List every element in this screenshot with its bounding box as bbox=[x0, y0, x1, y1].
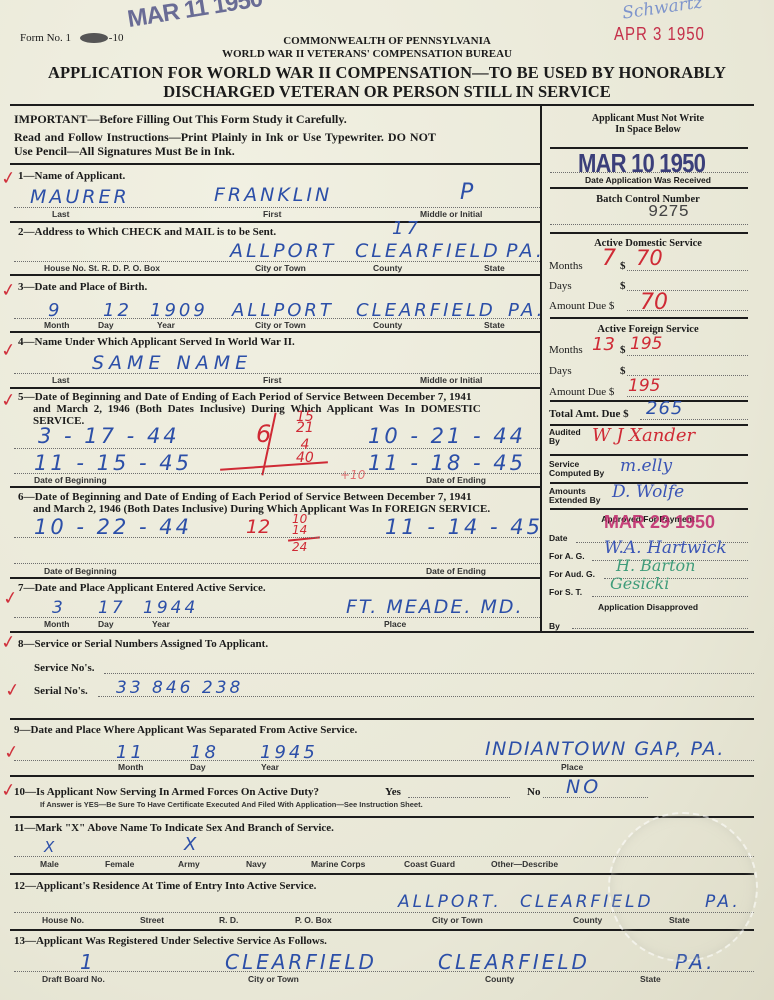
dollar-sign: $ bbox=[620, 260, 626, 272]
divider bbox=[10, 486, 540, 488]
sublabel-street: Street bbox=[140, 915, 164, 925]
st-label: For S. T. bbox=[549, 588, 582, 597]
section2-label: 2—Address to Which CHECK and MAIL is to … bbox=[18, 226, 276, 238]
sublabel-place: Place bbox=[384, 619, 406, 629]
domestic-months-amount[interactable]: 70 bbox=[636, 246, 663, 270]
field-line bbox=[14, 537, 540, 538]
divider bbox=[10, 331, 540, 333]
signature-top: Schwartz bbox=[621, 0, 704, 24]
sublabel-day: Day bbox=[98, 619, 114, 629]
section11-label: 11—Mark "X" Above Name To Indicate Sex A… bbox=[14, 822, 334, 834]
sublabel-middle: Middle or Initial bbox=[420, 209, 482, 219]
embossed-seal bbox=[608, 812, 758, 962]
form-title-line2: DISCHARGED VETERAN OR PERSON STILL IN SE… bbox=[0, 82, 774, 102]
option-coast-guard[interactable]: Coast Guard bbox=[404, 859, 455, 869]
domestic-end-1[interactable]: 10 - 21 - 44 bbox=[368, 424, 526, 448]
domestic-begin-2[interactable]: 11 - 15 - 45 bbox=[34, 451, 192, 475]
amounts-extended-signature: D. Wolfe bbox=[612, 482, 684, 502]
calc-underline bbox=[220, 461, 328, 471]
office-header: Applicant Must Not Write In Space Below bbox=[542, 113, 754, 135]
entry-day[interactable]: 17 bbox=[98, 598, 126, 618]
divider bbox=[10, 104, 754, 106]
sublabel-city: City or Town bbox=[432, 915, 483, 925]
yes-field[interactable] bbox=[408, 797, 510, 798]
field-line bbox=[98, 696, 754, 697]
option-male[interactable]: Male bbox=[40, 859, 59, 869]
section10-label: 10—Is Applicant Now Serving In Armed For… bbox=[14, 786, 319, 798]
sublabel-day: Day bbox=[98, 320, 114, 330]
section13-label: 13—Applicant Was Registered Under Select… bbox=[14, 935, 327, 947]
dollar-sign: $ bbox=[620, 280, 626, 292]
divider bbox=[10, 274, 540, 276]
domestic-begin-1[interactable]: 3 - 17 - 44 bbox=[38, 424, 180, 448]
separation-place[interactable]: INDIANTOWN GAP, PA. bbox=[485, 738, 725, 760]
section5-label-2: and March 2, 1946 (Both Dates Inclusive)… bbox=[33, 403, 481, 415]
option-navy[interactable]: Navy bbox=[246, 859, 266, 869]
field-line bbox=[592, 596, 748, 597]
divider bbox=[10, 775, 754, 777]
sublabel-county: County bbox=[485, 974, 514, 984]
field-line bbox=[14, 971, 754, 972]
checkmark-icon: ✓ bbox=[4, 679, 22, 702]
sublabel-place: Place bbox=[561, 762, 583, 772]
sublabel-middle: Middle or Initial bbox=[420, 375, 482, 385]
field-line bbox=[627, 270, 748, 271]
sublabel-county: County bbox=[373, 320, 402, 330]
mark-male[interactable]: X bbox=[44, 838, 57, 856]
sublabel-state: State bbox=[484, 263, 505, 273]
sublabel-house: House No. St. R. D. P. O. Box bbox=[44, 263, 160, 273]
ag-signature: W.A. Hartwick bbox=[604, 538, 727, 558]
sublabel-city: City or Town bbox=[248, 974, 299, 984]
sublabel-po: P. O. Box bbox=[295, 915, 332, 925]
sublabel-rd: R. D. bbox=[219, 915, 238, 925]
entry-year[interactable]: 1944 bbox=[143, 598, 198, 618]
instructions-line1: IMPORTANT—Before Filling Out This Form S… bbox=[14, 112, 347, 127]
sublabel-date-begin: Date of Beginning bbox=[44, 566, 117, 576]
sublabel-first: First bbox=[263, 375, 281, 385]
foreign-calc-days: 10 14 24 bbox=[292, 514, 307, 553]
domestic-months-label: Months bbox=[549, 260, 583, 272]
field-line bbox=[14, 318, 540, 319]
sublabel-first: First bbox=[263, 209, 281, 219]
option-other[interactable]: Other—Describe bbox=[491, 859, 558, 869]
sublabel-day: Day bbox=[190, 762, 206, 772]
calc-day-2: 21 bbox=[296, 423, 314, 434]
aud-g-signature: H. Barton bbox=[616, 556, 695, 575]
mark-army[interactable]: X bbox=[184, 834, 199, 855]
dollar-sign: $ bbox=[620, 344, 626, 356]
sublabel-month: Month bbox=[44, 320, 70, 330]
serial-numbers-label: Serial No's. bbox=[34, 685, 88, 697]
foreign-amount-value[interactable]: 195 bbox=[628, 376, 660, 396]
sublabel-state: State bbox=[640, 974, 661, 984]
residence-city[interactable]: ALLPORT. bbox=[398, 892, 502, 912]
ag-label: For A. G. bbox=[549, 552, 585, 561]
sublabel-month: Month bbox=[44, 619, 70, 629]
no-field bbox=[543, 797, 648, 798]
disapproved-by-field[interactable] bbox=[572, 628, 748, 629]
service-numbers-label: Service No's. bbox=[34, 662, 94, 674]
domestic-calc-extra: +10 bbox=[340, 468, 365, 482]
checkmark-icon: ✓ bbox=[2, 587, 20, 610]
foreign-calc-months: 12 bbox=[246, 516, 270, 538]
section3-label: 3—Date and Place of Birth. bbox=[18, 281, 147, 293]
sublabel-year: Year bbox=[157, 320, 175, 330]
foreign-end-1[interactable]: 11 - 14 - 45 bbox=[385, 515, 543, 539]
field-line bbox=[627, 310, 748, 311]
dollar-sign: $ bbox=[620, 365, 626, 377]
divider bbox=[550, 317, 748, 319]
foreign-months-value[interactable]: 13 bbox=[592, 334, 615, 355]
field-line bbox=[627, 355, 748, 356]
form-title-line1: APPLICATION FOR WORLD WAR II COMPENSATIO… bbox=[0, 63, 774, 83]
instructions-line2: Read and Follow Instructions—Print Plain… bbox=[14, 130, 436, 145]
field-line bbox=[14, 563, 540, 564]
domestic-amount-label: Amount Due $ bbox=[549, 300, 614, 312]
total-amount-label: Total Amt. Due $ bbox=[549, 408, 629, 420]
divider bbox=[10, 163, 540, 165]
foreign-months-amount[interactable]: 195 bbox=[630, 334, 662, 354]
divider bbox=[10, 816, 754, 818]
foreign-days-label: Days bbox=[549, 365, 572, 377]
field-line bbox=[14, 448, 540, 449]
sublabel-draft-board: Draft Board No. bbox=[42, 974, 105, 984]
sublabel-last: Last bbox=[52, 209, 69, 219]
applicant-first-name[interactable]: FRANKLIN bbox=[214, 184, 332, 206]
domestic-days-label: Days bbox=[549, 280, 572, 292]
sublabel-date-begin: Date of Beginning bbox=[34, 475, 107, 485]
divider bbox=[550, 508, 748, 510]
batch-control-number: 9275 bbox=[648, 203, 689, 222]
foreign-months-label: Months bbox=[549, 344, 583, 356]
divider bbox=[10, 577, 540, 579]
domestic-end-2[interactable]: 11 - 18 - 45 bbox=[368, 451, 526, 475]
disapproved-by-label: By bbox=[549, 622, 560, 631]
bureau-heading: WORLD WAR II VETERANS' COMPENSATION BURE… bbox=[0, 48, 774, 60]
section12-label: 12—Applicant's Residence At Time of Entr… bbox=[14, 880, 316, 892]
audited-by-signature: W J Xander bbox=[592, 425, 695, 446]
service-computed-label: Service Computed By bbox=[549, 460, 609, 478]
application-disapproved-label: Application Disapproved bbox=[542, 603, 754, 612]
checkmark-icon: ✓ bbox=[0, 167, 17, 190]
checkmark-icon: ✓ bbox=[0, 279, 17, 302]
section8-label: 8—Service or Serial Numbers Assigned To … bbox=[18, 638, 268, 650]
section6-label-2: and March 2, 1946 (Both Dates Inclusive)… bbox=[33, 503, 490, 515]
aud-g-label: For Aud. G. bbox=[549, 570, 595, 579]
checkmark-icon: ✓ bbox=[0, 339, 17, 362]
sublabel-date-end: Date of Ending bbox=[426, 475, 486, 485]
field-line bbox=[627, 396, 748, 397]
section9-label: 9—Date and Place Where Applicant Was Sep… bbox=[14, 724, 357, 736]
service-name[interactable]: SAME NAME bbox=[92, 352, 252, 374]
entry-place[interactable]: FT. MEADE. MD. bbox=[346, 596, 524, 618]
sublabel-city: City or Town bbox=[255, 320, 306, 330]
field-line bbox=[550, 224, 748, 225]
no-label: No bbox=[527, 786, 540, 798]
entry-month[interactable]: 3 bbox=[52, 598, 66, 618]
date-received-label: Date Application Was Received bbox=[542, 176, 754, 185]
field-line bbox=[14, 617, 540, 618]
option-marine-corps[interactable]: Marine Corps bbox=[311, 859, 365, 869]
sublabel-county: County bbox=[573, 915, 602, 925]
office-header-line1: Applicant Must Not Write bbox=[542, 113, 754, 124]
divider bbox=[550, 187, 748, 189]
yes-label: Yes bbox=[385, 786, 401, 798]
field-line bbox=[550, 172, 748, 173]
foreign-begin-1[interactable]: 10 - 22 - 44 bbox=[34, 515, 192, 539]
divider bbox=[10, 221, 540, 223]
section5-label-1: 5—Date of Beginning and Date of Ending o… bbox=[18, 391, 472, 403]
audited-by-label: Audited By bbox=[549, 428, 581, 446]
divider bbox=[10, 718, 754, 720]
section4-label: 4—Name Under Which Applicant Served In W… bbox=[18, 336, 295, 348]
sublabel-year: Year bbox=[261, 762, 279, 772]
service-numbers-line[interactable] bbox=[104, 673, 754, 674]
applicant-last-name[interactable]: MAURER bbox=[30, 186, 130, 208]
sublabel-month: Month bbox=[118, 762, 144, 772]
divider bbox=[10, 387, 540, 389]
domestic-amount-value[interactable]: 70 bbox=[640, 290, 668, 315]
domestic-calc-days: 15 21 4 40 bbox=[296, 412, 314, 464]
serial-number[interactable]: 33 846 238 bbox=[116, 678, 243, 698]
sublabel-city: City or Town bbox=[255, 263, 306, 273]
field-line bbox=[14, 207, 540, 208]
address-county[interactable]: CLEARFIELD bbox=[355, 240, 501, 262]
sublabel-last: Last bbox=[52, 375, 69, 385]
field-line bbox=[14, 473, 540, 474]
received-stamp-red: APR 3 1950 bbox=[614, 24, 705, 45]
total-amount-value[interactable]: 265 bbox=[646, 398, 683, 419]
option-female[interactable]: Female bbox=[105, 859, 134, 869]
received-stamp-top: MAR 11 1950 bbox=[126, 0, 264, 34]
sublabel-date-end: Date of Ending bbox=[426, 566, 486, 576]
divider bbox=[550, 232, 748, 234]
checkmark-icon: ✓ bbox=[0, 389, 17, 412]
st-signature: Gesicki bbox=[610, 574, 669, 593]
applicant-middle-initial[interactable]: P bbox=[460, 180, 476, 205]
no-value[interactable]: NO bbox=[566, 776, 601, 798]
service-computed-signature: m.elly bbox=[620, 456, 672, 476]
checkmark-icon: ✓ bbox=[0, 631, 17, 654]
domestic-months-value[interactable]: 7 bbox=[602, 246, 616, 271]
section1-label: 1—Name of Applicant. bbox=[18, 170, 125, 182]
calc-day-2: 14 bbox=[292, 525, 307, 536]
foreign-amount-label: Amount Due $ bbox=[549, 386, 614, 398]
sublabel-state: State bbox=[484, 320, 505, 330]
address-annotation: 17 bbox=[392, 218, 421, 239]
address-city[interactable]: ALLPORT bbox=[230, 240, 336, 262]
sublabel-year: Year bbox=[152, 619, 170, 629]
section7-label: 7—Date and Place Applicant Entered Activ… bbox=[18, 582, 266, 594]
office-header-line2: In Space Below bbox=[542, 124, 754, 135]
field-line bbox=[14, 261, 540, 262]
approved-date-stamp: MAR 29 1950 bbox=[604, 512, 715, 533]
option-army[interactable]: Army bbox=[178, 859, 200, 869]
calc-day-total: 24 bbox=[292, 542, 307, 553]
field-line bbox=[14, 373, 540, 374]
section10-note: If Answer is YES—Be Sure To Have Certifi… bbox=[40, 800, 423, 809]
field-line bbox=[640, 419, 748, 420]
instructions-line3: Use Pencil—All Signatures Must Be in Ink… bbox=[14, 144, 235, 159]
section6-label-1: 6—Date of Beginning and Date of Ending o… bbox=[18, 491, 472, 503]
approval-date-label: Date bbox=[549, 534, 567, 543]
sublabel-house: House No. bbox=[42, 915, 84, 925]
amounts-extended-label: Amounts Extended By bbox=[549, 487, 609, 505]
sublabel-county: County bbox=[373, 263, 402, 273]
divider bbox=[10, 631, 754, 633]
address-state[interactable]: PA. bbox=[506, 240, 545, 262]
field-line bbox=[14, 760, 754, 761]
